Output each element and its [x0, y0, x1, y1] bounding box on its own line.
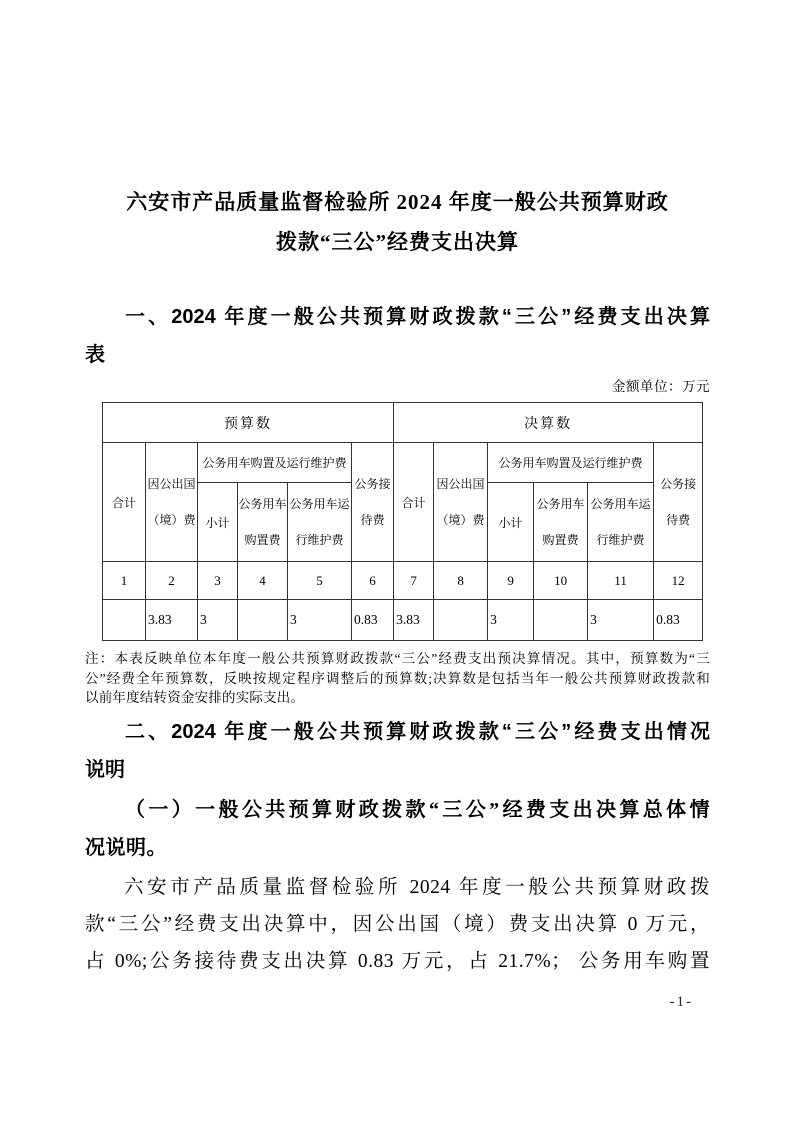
section-2-heading: 二、2024 年度一般公共预算财政拨款“三公”经费支出情况 说明 — [85, 713, 710, 789]
budget-purchase-header-line-1: 公务用车 — [238, 486, 287, 522]
section-1-heading-line-1: 一、2024 年度一般公共预算财政拨款“三公”经费支出决算 — [85, 298, 710, 336]
column-number-4: 4 — [238, 562, 288, 600]
body-paragraph-line-1: 六安市产品质量监督检验所 2024 年度一般公共预算财政拨 — [85, 869, 710, 906]
value-cell-12: 0.83 — [654, 600, 703, 641]
final-purchase-header-line-2: 购置费 — [534, 522, 587, 558]
section-2-heading-line-1: 二、2024 年度一般公共预算财政拨款“三公”经费支出情况 — [85, 713, 710, 751]
final-total-header: 合计 — [394, 443, 434, 562]
final-abroad-header: 因公出国 （境）费 — [434, 443, 488, 562]
value-cell-3: 3 — [198, 600, 238, 641]
budget-reception-header: 公务接 待费 — [352, 443, 394, 562]
body-paragraph-line-3: 占 0%;公务接待费支出决算 0.83 万元，占 21.7%； 公务用车购置 — [85, 943, 710, 980]
table-note-line-3: 以前年度结转资金安排的实际支出。 — [85, 688, 710, 708]
value-cell-2: 3.83 — [146, 600, 198, 641]
column-number-8: 8 — [434, 562, 488, 600]
value-cell-6: 0.83 — [352, 600, 394, 641]
final-reception-header: 公务接 待费 — [654, 443, 703, 562]
table-note-line-2: 公”经费全年预算数，反映按规定程序调整后的预算数;决算数是包括当年一般公共预算财… — [85, 669, 710, 689]
column-number-9: 9 — [488, 562, 534, 600]
document-page: 六安市产品质量监督检验所 2024 年度一般公共预算财政 拨款“三公”经费支出决… — [0, 0, 793, 1122]
final-purchase-header-line-1: 公务用车 — [534, 486, 587, 522]
budget-abroad-header-line-1: 因公出国 — [146, 466, 197, 502]
document-title: 六安市产品质量监督检验所 2024 年度一般公共预算财政 拨款“三公”经费支出决… — [85, 182, 710, 262]
body-paragraph: 六安市产品质量监督检验所 2024 年度一般公共预算财政拨 款“三公”经费支出决… — [85, 869, 710, 980]
final-abroad-header-line-2: （境）费 — [434, 502, 487, 538]
budget-purchase-header: 公务用车 购置费 — [238, 483, 288, 562]
value-cell-10 — [534, 600, 588, 641]
table-note: 注：本表反映单位本年度一般公共预算财政拨款“三公”经费支出预决算情况。其中，预算… — [85, 649, 710, 708]
value-cell-9: 3 — [488, 600, 534, 641]
subsection-1-heading-line-2: 况说明。 — [85, 829, 710, 867]
budget-vehicle-group-header: 公务用车购置及运行维护费 — [198, 443, 352, 483]
table-note-line-1: 注：本表反映单位本年度一般公共预算财政拨款“三公”经费支出预决算情况。其中，预算… — [85, 649, 710, 669]
final-group-header: 决算数 — [394, 403, 703, 443]
column-number-10: 10 — [534, 562, 588, 600]
column-number-12: 12 — [654, 562, 703, 600]
final-reception-header-line-1: 公务接 — [654, 466, 702, 502]
budget-operation-header-line-2: 行维护费 — [288, 522, 351, 558]
final-purchase-header: 公务用车 购置费 — [534, 483, 588, 562]
budget-group-header: 预算数 — [103, 403, 394, 443]
column-number-6: 6 — [352, 562, 394, 600]
section-2-heading-line-2: 说明 — [85, 751, 710, 789]
value-cell-11: 3 — [588, 600, 654, 641]
budget-reception-header-line-2: 待费 — [352, 502, 393, 538]
value-cell-1 — [103, 600, 146, 641]
budget-abroad-header: 因公出国 （境）费 — [146, 443, 198, 562]
column-number-2: 2 — [146, 562, 198, 600]
final-subtotal-header: 小计 — [488, 483, 534, 562]
value-cell-5: 3 — [288, 600, 352, 641]
amount-unit-label: 金额单位：万元 — [85, 378, 710, 396]
value-cell-8 — [434, 600, 488, 641]
final-reception-header-line-2: 待费 — [654, 502, 702, 538]
final-operation-header-line-2: 行维护费 — [588, 522, 653, 558]
final-vehicle-group-header: 公务用车购置及运行维护费 — [488, 443, 654, 483]
budget-total-header: 合计 — [103, 443, 146, 562]
budget-operation-header-line-1: 公务用车运 — [288, 486, 351, 522]
column-number-1: 1 — [103, 562, 146, 600]
body-paragraph-line-2: 款“三公”经费支出决算中，因公出国（境）费支出决算 0 万元， — [85, 906, 710, 943]
budget-abroad-header-line-2: （境）费 — [146, 502, 197, 538]
value-cell-4 — [238, 600, 288, 641]
column-number-5: 5 — [288, 562, 352, 600]
document-title-line-1: 六安市产品质量监督检验所 2024 年度一般公共预算财政 — [85, 182, 710, 222]
column-number-11: 11 — [588, 562, 654, 600]
three-public-expense-table: 预算数 决算数 合计 因公出国 （境）费 公务用车购置及运行维护费 公务接 待费… — [102, 402, 703, 641]
subsection-1-heading: （一）一般公共预算财政拨款“三公”经费支出决算总体情 况说明。 — [85, 791, 710, 867]
budget-subtotal-header: 小计 — [198, 483, 238, 562]
subsection-1-heading-line-1: （一）一般公共预算财政拨款“三公”经费支出决算总体情 — [85, 791, 710, 829]
section-1-heading: 一、2024 年度一般公共预算财政拨款“三公”经费支出决算 表 — [85, 298, 710, 374]
document-title-line-2: 拨款“三公”经费支出决算 — [85, 222, 710, 262]
final-operation-header: 公务用车运 行维护费 — [588, 483, 654, 562]
value-cell-7: 3.83 — [394, 600, 434, 641]
page-number: -1- — [0, 994, 793, 1011]
final-abroad-header-line-1: 因公出国 — [434, 466, 487, 502]
section-1-heading-line-2: 表 — [85, 336, 710, 374]
column-number-3: 3 — [198, 562, 238, 600]
final-operation-header-line-1: 公务用车运 — [588, 486, 653, 522]
column-number-7: 7 — [394, 562, 434, 600]
budget-purchase-header-line-2: 购置费 — [238, 522, 287, 558]
budget-operation-header: 公务用车运 行维护费 — [288, 483, 352, 562]
budget-reception-header-line-1: 公务接 — [352, 466, 393, 502]
